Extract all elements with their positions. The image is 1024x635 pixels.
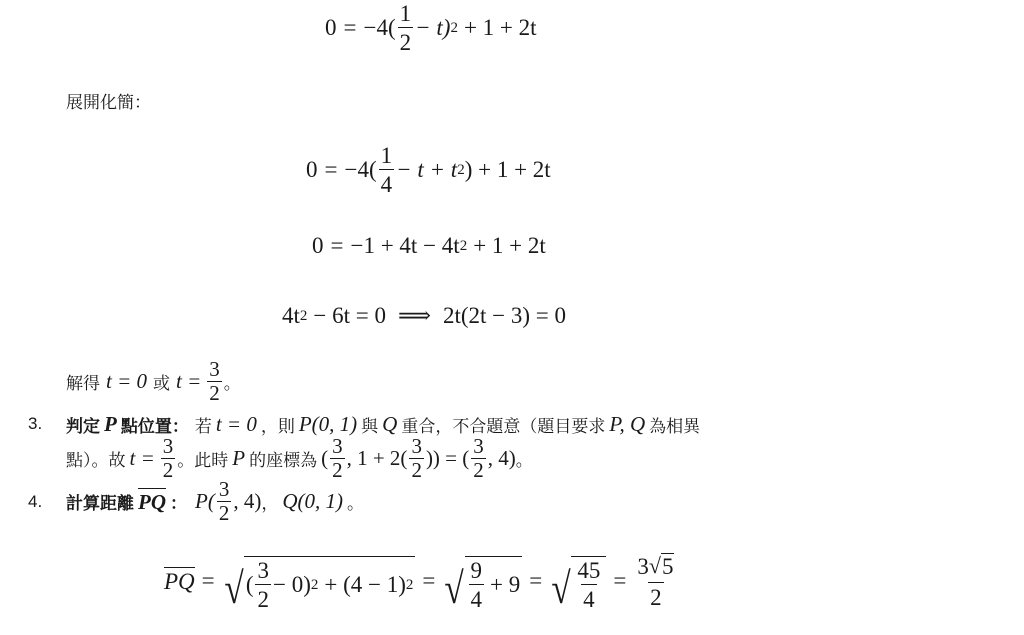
item3-l2-d: 。 <box>516 446 533 471</box>
item3-l2-frac-c: 3 2 <box>471 436 486 481</box>
solution-suffix: 。 <box>224 369 241 394</box>
item3-l1-c: 與 <box>361 412 378 437</box>
eq1-part-b: − t) <box>415 15 450 41</box>
item4-title-var: PQ <box>138 488 166 515</box>
item3-l1-q: Q <box>382 412 397 437</box>
eq1-equals: = <box>344 15 357 41</box>
eq4-part-b: − 6t = 0 <box>313 303 386 329</box>
item3-l2-p: P <box>232 446 245 471</box>
eq4-part-c: 2t(2t − 3) = 0 <box>443 303 566 329</box>
item4-q: Q(0, 1) <box>282 489 343 514</box>
eq3-part-a: −1 + 4t − 4t <box>350 233 459 259</box>
step-label: 展開化簡： <box>66 88 151 113</box>
eq1-part-c: + 1 + 2t <box>464 15 537 41</box>
eq2-part-b: − t + t <box>396 157 457 183</box>
eq2-fraction: 1 4 <box>379 144 395 196</box>
item4-sep: ， <box>261 489 278 514</box>
solution-or: 或 <box>153 369 170 394</box>
list-item-4: 計算距離 PQ ： P( 3 2 , 4) ， Q(0, 1) 。 <box>66 484 364 518</box>
item4-title-b: ： <box>170 489 187 514</box>
eq2-lhs: 0 <box>306 157 318 183</box>
eq1-part-a: −4( <box>363 15 395 41</box>
sqrt-2: √ 9 4 + 9 <box>442 552 522 611</box>
sqrt-1: √ ( 3 2 − 0) 2 + (4 − 1) 2 <box>222 552 416 611</box>
solution-prefix: 解得 <box>66 369 100 394</box>
radical-icon: √ <box>445 552 464 611</box>
item4-p-close: , 4) <box>233 489 261 514</box>
solution-line: 解得 t = 0 或 t = 3 2 。 <box>66 366 241 396</box>
item3-l1-d: 重合，不合題意（題目要求 <box>401 412 605 437</box>
item3-l1-p: P(0, 1) <box>299 412 357 437</box>
eq1-fraction: 1 2 <box>398 2 414 54</box>
list-item-3-line-1: 判定 P 點位置： 若 t = 0 ，則 P(0, 1) 與 Q 重合，不合題意… <box>66 410 700 438</box>
solution-t0: t = 0 <box>106 369 147 394</box>
item3-title-a: 判定 <box>66 412 100 437</box>
distance-eq-1: = <box>202 568 215 594</box>
distance-lhs: PQ <box>164 567 195 595</box>
item3-l2-mid: , 1 + 2( <box>347 446 408 471</box>
solution-t1: t = <box>176 369 201 394</box>
item4-end: 。 <box>347 489 364 514</box>
implies-arrow-icon: ⟹ <box>398 303 431 329</box>
eq2-equals: = <box>325 157 338 183</box>
equation-3: 0 = −1 + 4t − 4t 2 + 1 + 2t <box>312 230 546 262</box>
item3-l1-pq: P, Q <box>609 412 645 437</box>
equation-1: 0 = −4( 1 2 − t) 2 + 1 + 2t <box>325 2 537 54</box>
item3-l2-frac-a: 3 2 <box>330 436 345 481</box>
item3-l2-end: , 4) <box>488 446 516 471</box>
eq3-lhs: 0 <box>312 233 324 259</box>
radical-icon: √ <box>224 552 243 611</box>
item3-title-b: 點位置： <box>121 412 189 437</box>
item3-l2-a: 點）。故 <box>66 446 126 471</box>
item3-l2-c: 的座標為 <box>249 446 317 471</box>
distance-eq-2: = <box>422 568 435 594</box>
radical-icon: √ <box>649 555 661 577</box>
equation-4: 4t 2 − 6t = 0 ⟹ 2t(2t − 3) = 0 <box>282 300 566 332</box>
item3-title-var: P <box>104 412 117 437</box>
item3-l1-t0: t = 0 <box>216 412 257 437</box>
list-item-3-line-2: 點）。故 t = 3 2 。此時 P 的座標為 ( 3 2 , 1 + 2( 3… <box>66 442 533 474</box>
radical-icon: √ <box>552 552 571 611</box>
item4-p-open: P( <box>195 489 215 514</box>
item3-l1-b: ，則 <box>261 412 295 437</box>
eq3-equals: = <box>331 233 344 259</box>
list-number-4: 4. <box>28 492 42 512</box>
distance-eq-4: = <box>613 568 626 594</box>
equation-2: 0 = −4( 1 4 − t + t 2 ) + 1 + 2t <box>306 144 551 196</box>
eq1-lhs: 0 <box>325 15 337 41</box>
eq3-part-c: + 1 + 2t <box>473 233 546 259</box>
item3-l2-open: ( <box>321 446 328 471</box>
item3-l2-fraction: 3 2 <box>161 436 176 481</box>
eq4-part-a: 4t <box>282 303 300 329</box>
sqrt-3: √ 45 4 <box>549 552 606 611</box>
item4-fraction: 3 2 <box>217 479 232 524</box>
item3-l2-frac-b: 3 2 <box>409 436 424 481</box>
item3-l2-t: t = <box>130 446 155 471</box>
eq2-part-a: −4( <box>344 157 376 183</box>
item3-l2-close: )) = ( <box>426 446 469 471</box>
item4-title-a: 計算距離 <box>66 489 134 514</box>
eq2-part-c: ) + 1 + 2t <box>465 157 551 183</box>
distance-eq-3: = <box>529 568 542 594</box>
item3-l1-a: 若 <box>195 412 212 437</box>
distance-equation: PQ = √ ( 3 2 − 0) 2 + (4 − 1) 2 = √ 9 4 … <box>164 546 678 616</box>
item3-l1-e: 為相異 <box>649 412 700 437</box>
item3-l2-b: 。此時 <box>177 446 228 471</box>
list-number-3: 3. <box>28 414 42 434</box>
final-fraction: 3 √ 5 2 <box>635 553 676 608</box>
solution-fraction: 3 2 <box>207 359 222 404</box>
